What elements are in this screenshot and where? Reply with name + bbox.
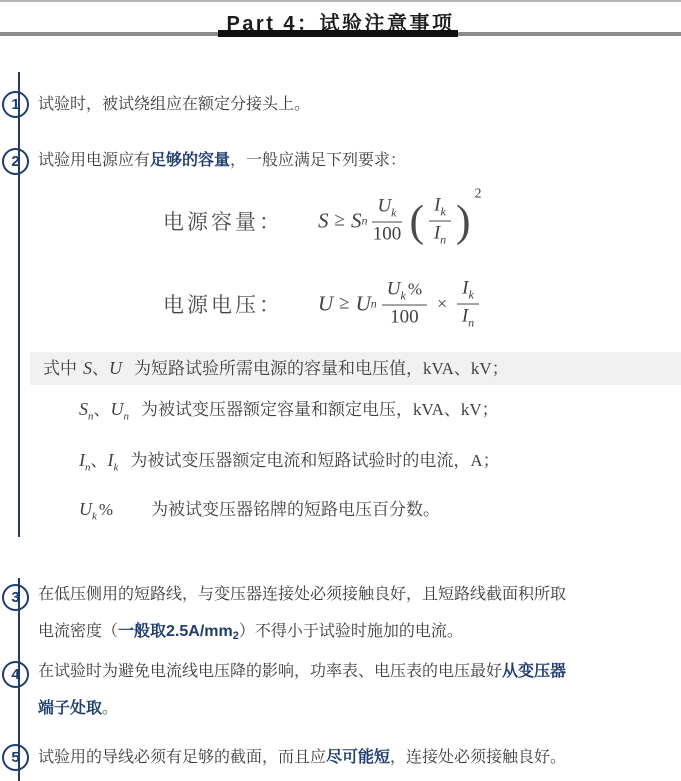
item-3-text: 在低压侧用的短路线，与变压器连接处必须接触良好，且短路线截面积所取 电流密度（一…: [38, 576, 566, 655]
fraction-Uk-100: Uk 100: [372, 197, 401, 246]
definition-units: kVA、kV；: [423, 359, 509, 378]
definition-line-2: Sn、Un为被试变压器额定容量和额定电压，kVA、kV；: [79, 397, 499, 428]
item-4-line-1: 在试验时为避免电流线电压降的影响，功率表、电压表的电压最好从变压器: [38, 653, 566, 690]
fraction-numerator: Ik: [457, 279, 479, 305]
item-1-number: 1: [11, 96, 19, 113]
var-In-sub: n: [440, 232, 446, 246]
var-In-sub: n: [468, 315, 474, 329]
multiply-symbol: ×: [437, 294, 447, 315]
separator: 、: [91, 451, 108, 470]
item-3-body-pre: 电流密度（: [38, 623, 118, 640]
fraction-denominator: In: [462, 305, 474, 330]
exponent-2: 2: [474, 187, 481, 203]
item-2-body-pre: 试验用电源应有: [38, 152, 150, 169]
var-Ik-sub: k: [440, 204, 445, 218]
var-S: S: [83, 358, 92, 378]
fraction-denominator: 100: [390, 306, 419, 329]
item-4-line-2: 端子处取。: [38, 690, 566, 727]
item-2-highlight: 足够的容量: [150, 152, 230, 169]
fraction-numerator: Uk%: [382, 280, 427, 306]
item-3-body: 在低压侧用的短路线，与变压器连接处必须接触良好，且短路线截面积所取: [38, 586, 566, 603]
open-paren: (: [410, 201, 425, 241]
item-5-highlight: 尽可能短: [326, 749, 390, 766]
var-Ik-sub: k: [469, 287, 474, 301]
var-S: S: [318, 209, 329, 234]
item-4-body-pre: 在试验时为避免电流线电压降的影响，功率表、电压表的电压最好: [38, 663, 502, 680]
item-2-text: 试验用电源应有足够的容量，一般应满足下列要求：: [38, 149, 406, 173]
formula-voltage-label: 电源电压：: [163, 289, 283, 319]
geq-symbol: ≥: [339, 293, 349, 315]
fraction-denominator: In: [434, 222, 446, 247]
var-U: U: [318, 292, 333, 317]
item-4-text: 在试验时为避免电流线电压降的影响，功率表、电压表的电压最好从变压器 端子处取。: [38, 653, 566, 727]
title-divider-black: [218, 30, 458, 37]
item-5-number: 5: [11, 749, 19, 766]
fraction-numerator: Ik: [429, 196, 451, 222]
item-5-body-post: ，连接处必须接触良好。: [390, 749, 566, 766]
document-page: Part 4：试验注意事项 1 试验时，被试绕组应在额定分接头上。 2 试验用电…: [0, 0, 681, 781]
item-1-text: 试验时，被试绕组应在额定分接头上。: [38, 93, 310, 117]
fraction-numerator: Uk: [372, 197, 401, 223]
item-2-number: 2: [11, 153, 19, 170]
fraction-Ik-In: Ik In: [457, 279, 479, 330]
definition-text: 为被试变压器额定容量和额定电压，: [141, 400, 413, 419]
var-Ik-sub: k: [114, 461, 119, 473]
formula-capacity-row: 电源容量： S ≥ Sn Uk 100 ( Ik In ) 2: [0, 185, 681, 257]
var-Uk: U: [387, 279, 401, 300]
definition-line-4: Uk%为被试变压器铭牌的短路电压百分数。: [79, 497, 440, 528]
item-5-number-badge: 5: [2, 744, 29, 771]
item-3-line-2: 电流密度（一般取2.5A/mm2）不得小于试验时施加的电流。: [38, 613, 566, 655]
definition-units: A；: [470, 451, 499, 470]
var-Sn: S: [79, 399, 88, 419]
item-2-number-badge: 2: [2, 148, 29, 175]
geq-symbol: ≥: [335, 210, 345, 232]
item-4-number-badge: 4: [2, 661, 29, 688]
fraction-Ik-In: Ik In: [429, 196, 451, 247]
definition-line-3: In、Ik为被试变压器额定电流和短路试验时的电流，A；: [79, 448, 500, 479]
fraction-denominator: 100: [373, 223, 402, 246]
definition-text: 为被试变压器额定电流和短路试验时的电流，: [130, 451, 470, 470]
var-Sn: S: [351, 209, 362, 234]
definition-text: 为被试变压器铭牌的短路电压百分数。: [151, 500, 440, 519]
percent-sign: %: [99, 500, 113, 519]
close-paren: ): [456, 201, 471, 241]
item-1-body: 试验时，被试绕组应在额定分接头上。: [38, 96, 310, 113]
item-4-highlight-2: 端子处取: [38, 700, 102, 717]
var-Sn-sub: n: [361, 214, 367, 229]
definition-text: 为短路试验所需电源的容量和电压值，: [134, 359, 423, 378]
formula-capacity-label: 电源容量：: [163, 206, 283, 236]
item-4-number: 4: [11, 666, 19, 683]
percent-sign: %: [408, 280, 422, 299]
item-3-number: 3: [11, 589, 19, 606]
var-Uk: U: [79, 499, 92, 519]
item-4-highlight-1: 从变压器: [502, 663, 566, 680]
formula-voltage-math: U ≥ Un Uk% 100 × Ik In: [318, 279, 484, 330]
item-2-body-post: ，一般应满足下列要求：: [230, 152, 406, 169]
var-Uk-sub: k: [92, 510, 97, 522]
definition-line-1: 式中S、U为短路试验所需电源的容量和电压值，kVA、kV；: [43, 356, 509, 381]
item-5-body-pre: 试验用的导线必须有足够的截面，而且应: [38, 749, 326, 766]
var-U: U: [109, 358, 122, 378]
var-Un-sub: n: [124, 410, 130, 422]
item-4-body-post: 。: [102, 700, 118, 717]
var-Uk-sub: k: [401, 288, 406, 302]
var-Un: U: [111, 399, 124, 419]
var-Uk: U: [377, 196, 391, 217]
separator: 、: [94, 400, 111, 419]
squared-paren-group: ( Ik In ) 2: [410, 196, 471, 247]
item-1-number-badge: 1: [2, 91, 29, 118]
definition-lead: 式中: [43, 359, 77, 378]
item-3-number-badge: 3: [2, 584, 29, 611]
formula-capacity-math: S ≥ Sn Uk 100 ( Ik In ) 2: [318, 196, 470, 247]
item-5-text: 试验用的导线必须有足够的截面，而且应尽可能短，连接处必须接触良好。: [38, 746, 566, 770]
separator: 、: [92, 359, 109, 378]
var-Un-sub: n: [371, 297, 377, 312]
definition-units: kVA、kV；: [413, 400, 499, 419]
formula-voltage-row: 电源电压： U ≥ Un Uk% 100 × Ik In: [0, 265, 681, 343]
var-Un: U: [356, 292, 371, 317]
fraction-Ukpct-100: Uk% 100: [382, 280, 427, 329]
item-3-line-1: 在低压侧用的短路线，与变压器连接处必须接触良好，且短路线截面积所取: [38, 576, 566, 613]
item-3-body-post: ）不得小于试验时施加的电流。: [239, 623, 463, 640]
item-3-highlight: 一般取2.5A/mm: [118, 623, 233, 640]
var-Uk-sub: k: [391, 205, 396, 219]
